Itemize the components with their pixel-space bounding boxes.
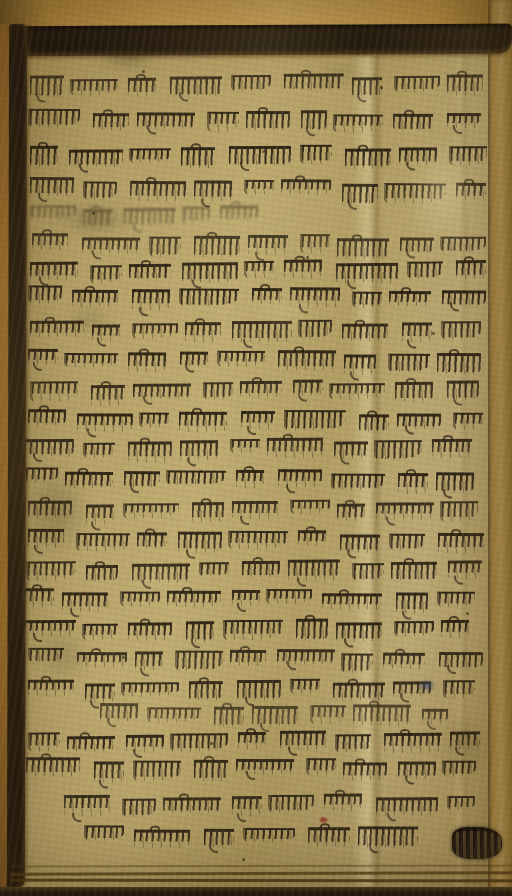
script-word	[121, 682, 179, 696]
script-word	[126, 735, 164, 752]
script-word	[130, 181, 186, 201]
script-word	[310, 705, 346, 724]
script-word	[192, 502, 224, 522]
text-line	[28, 680, 482, 702]
script-word	[402, 322, 432, 342]
dark-stain	[60, 300, 120, 340]
script-word	[30, 177, 74, 196]
script-word	[135, 651, 163, 670]
script-word	[336, 263, 398, 284]
script-word	[336, 622, 382, 641]
script-word	[333, 683, 385, 700]
script-word	[337, 504, 365, 521]
script-word	[223, 620, 283, 640]
script-word	[185, 322, 221, 342]
script-word	[398, 761, 436, 778]
text-line	[26, 759, 486, 782]
script-word	[137, 112, 195, 128]
script-word	[179, 288, 239, 305]
script-word	[278, 469, 322, 487]
script-word	[163, 797, 221, 812]
script-word	[128, 352, 166, 372]
script-word	[345, 149, 391, 169]
script-word	[335, 734, 371, 752]
script-word	[301, 110, 327, 130]
ink-speck	[262, 150, 265, 153]
text-line	[24, 590, 488, 613]
text-line	[26, 560, 488, 584]
script-word	[229, 146, 291, 165]
script-word	[170, 733, 228, 751]
dark-stain	[28, 620, 98, 690]
ink-speck	[200, 470, 203, 473]
script-word	[28, 109, 80, 127]
script-word	[398, 473, 428, 494]
script-word	[182, 207, 210, 225]
red-ink-speck	[320, 817, 327, 823]
script-word	[241, 411, 275, 429]
bottom-dark-band	[0, 887, 512, 896]
script-word	[284, 410, 346, 430]
script-word	[353, 704, 411, 725]
script-word	[293, 380, 323, 396]
script-word	[123, 503, 179, 518]
text-line	[84, 827, 430, 849]
script-word	[147, 707, 201, 722]
script-word	[28, 732, 60, 751]
script-word	[341, 653, 373, 672]
script-word	[83, 443, 115, 458]
script-word	[132, 323, 178, 338]
script-word	[91, 385, 125, 406]
script-word	[232, 796, 262, 816]
script-word	[203, 382, 233, 399]
script-word	[300, 145, 332, 164]
light-stain	[398, 120, 488, 270]
script-word	[290, 500, 330, 514]
script-word	[441, 321, 481, 339]
script-word	[194, 180, 232, 201]
script-word	[440, 501, 478, 521]
script-word	[137, 532, 167, 548]
script-word	[232, 590, 260, 606]
script-word	[333, 114, 383, 132]
script-word	[133, 761, 181, 781]
script-word	[439, 652, 483, 668]
script-word	[64, 353, 118, 367]
script-word	[236, 759, 294, 774]
light-stain	[120, 560, 190, 600]
script-word	[352, 292, 382, 308]
text-line	[28, 731, 492, 754]
script-word	[343, 762, 387, 780]
text-line	[28, 531, 492, 554]
script-word	[64, 795, 110, 816]
script-word	[281, 179, 331, 194]
script-word	[396, 592, 428, 613]
script-word	[442, 290, 486, 305]
script-word	[296, 619, 328, 640]
script-word	[128, 78, 156, 96]
ink-speck	[380, 86, 383, 89]
script-word	[331, 474, 385, 490]
script-word	[447, 74, 483, 95]
script-word	[436, 472, 474, 492]
script-word	[383, 653, 425, 669]
script-word	[189, 681, 223, 700]
text-line	[24, 439, 486, 462]
script-word	[284, 259, 322, 278]
script-word	[342, 324, 388, 341]
script-word	[179, 412, 227, 432]
script-word	[432, 439, 472, 458]
script-word	[277, 649, 335, 664]
script-word	[182, 262, 238, 282]
script-word	[228, 531, 288, 549]
script-word	[337, 238, 389, 259]
script-word	[252, 706, 298, 726]
script-word	[90, 265, 122, 283]
script-word	[267, 438, 323, 458]
text-line	[64, 795, 488, 818]
script-word	[437, 592, 475, 607]
script-word	[443, 680, 475, 698]
script-word	[230, 650, 266, 666]
script-word	[437, 353, 481, 374]
dark-stain	[40, 196, 150, 242]
script-word	[124, 471, 160, 487]
manuscript-page	[0, 0, 512, 896]
script-word	[288, 559, 340, 580]
ink-speck	[122, 656, 125, 659]
dark-stain	[430, 700, 500, 790]
dark-stain	[300, 60, 380, 86]
script-word	[359, 414, 389, 431]
script-word	[194, 760, 228, 781]
ink-speck	[92, 212, 95, 215]
script-word	[207, 112, 239, 132]
script-word	[329, 383, 385, 399]
script-word	[438, 533, 484, 553]
script-word	[342, 184, 378, 204]
script-word	[376, 797, 438, 815]
script-word	[129, 264, 171, 279]
script-word	[441, 620, 469, 638]
script-word	[447, 380, 479, 399]
script-word	[86, 565, 118, 581]
script-word	[70, 79, 118, 95]
script-word	[28, 409, 66, 425]
script-word	[280, 731, 326, 750]
script-word	[394, 621, 434, 636]
script-word	[447, 796, 475, 810]
script-word	[178, 532, 222, 553]
script-word	[334, 441, 368, 458]
script-word	[246, 111, 290, 130]
script-word	[128, 622, 172, 640]
script-word	[30, 146, 58, 167]
script-word	[62, 592, 108, 611]
script-word	[85, 683, 115, 702]
script-word	[84, 825, 124, 840]
script-word	[166, 470, 226, 484]
script-word	[322, 593, 382, 609]
script-word	[180, 352, 208, 367]
script-word	[24, 588, 54, 607]
script-word	[324, 794, 362, 811]
script-word	[230, 439, 260, 453]
ink-speck	[242, 858, 245, 861]
script-word	[242, 561, 280, 577]
ink-speck	[432, 332, 435, 335]
script-word	[30, 262, 78, 280]
script-word	[376, 502, 434, 519]
script-word	[266, 589, 312, 604]
ink-speck	[142, 70, 145, 73]
script-word	[149, 237, 181, 257]
script-word	[244, 261, 274, 278]
script-word	[175, 651, 223, 671]
script-word	[232, 501, 278, 519]
heavy-ink-glyph	[452, 827, 502, 859]
script-word	[308, 827, 350, 846]
dark-stain	[14, 452, 100, 572]
script-word	[69, 149, 123, 166]
script-word	[214, 707, 244, 727]
left-border-rule	[7, 24, 27, 888]
script-word	[220, 205, 258, 220]
script-word	[306, 758, 336, 775]
script-word	[30, 75, 64, 96]
script-word	[139, 413, 169, 428]
script-word	[237, 680, 281, 700]
script-word	[388, 354, 430, 372]
script-word	[453, 413, 483, 430]
script-word	[170, 76, 222, 95]
top-border-rule	[0, 24, 512, 57]
text-line	[28, 351, 492, 374]
script-word	[134, 830, 190, 848]
script-word	[194, 236, 240, 257]
script-word	[122, 799, 156, 817]
script-word	[30, 381, 78, 401]
script-word	[389, 534, 425, 550]
text-line	[30, 74, 494, 98]
script-word	[391, 562, 437, 580]
script-word	[268, 795, 314, 812]
script-word	[448, 560, 482, 578]
text-line	[100, 705, 454, 728]
script-word	[231, 75, 271, 91]
script-word	[389, 291, 431, 306]
ink-speck	[210, 742, 213, 745]
script-word	[204, 829, 234, 847]
script-word	[238, 732, 266, 749]
ink-speck	[352, 506, 355, 509]
ink-speck	[306, 256, 309, 259]
script-word	[181, 147, 215, 168]
script-word	[397, 413, 441, 428]
script-word	[93, 113, 129, 130]
dark-stain	[88, 40, 168, 70]
script-word	[94, 761, 124, 782]
script-word	[186, 621, 214, 642]
light-stain	[240, 286, 330, 336]
script-word	[340, 534, 380, 552]
script-word	[128, 441, 172, 462]
script-word	[290, 679, 320, 694]
script-word	[77, 413, 133, 431]
script-word	[344, 354, 376, 374]
script-word	[100, 703, 138, 721]
script-word	[28, 285, 62, 303]
script-word	[394, 76, 440, 92]
script-word	[358, 826, 418, 847]
script-word	[374, 440, 422, 459]
script-word	[298, 530, 326, 545]
script-word	[26, 757, 80, 776]
text-line	[30, 380, 488, 404]
script-word	[352, 563, 384, 580]
text-line	[28, 411, 490, 433]
script-word	[240, 381, 282, 397]
script-word	[236, 470, 264, 488]
script-word	[199, 562, 229, 576]
script-word	[132, 289, 170, 310]
script-word	[300, 234, 330, 253]
script-word	[278, 350, 336, 370]
script-word	[133, 383, 191, 398]
script-word	[243, 828, 295, 842]
script-word	[217, 351, 265, 367]
script-word	[67, 736, 115, 751]
script-word	[248, 235, 288, 255]
script-word	[244, 180, 274, 195]
blue-ink-smudge	[418, 679, 436, 692]
script-word	[180, 440, 218, 460]
ink-speck	[466, 612, 469, 615]
script-word	[28, 349, 58, 365]
script-word	[395, 382, 433, 402]
script-word	[129, 148, 171, 162]
